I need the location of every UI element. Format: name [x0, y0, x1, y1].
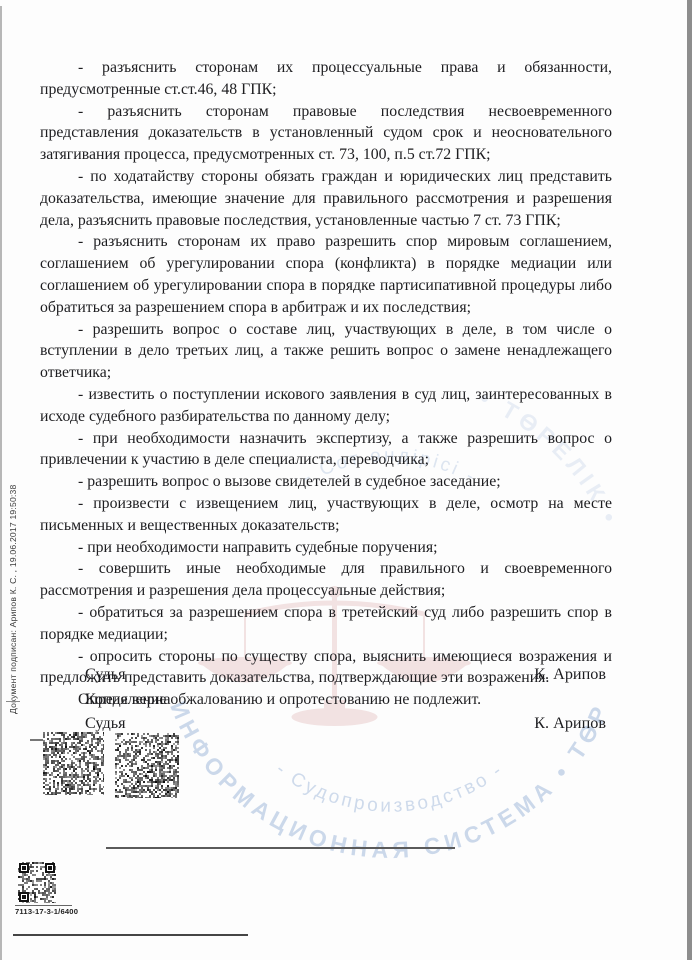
footer-separator-line: [106, 847, 455, 849]
side-note-end-tick: [6, 701, 20, 702]
signature-row: Судья К. Арипов: [85, 662, 606, 687]
body-paragraph: - произвести с извещением лиц, участвующ…: [40, 493, 612, 537]
verification-qr-stamp-1: [43, 732, 104, 795]
signature-row: Судья К. Арипов: [85, 711, 606, 736]
signature-role-label: Судья: [85, 662, 126, 687]
body-paragraph: - разрешить вопрос о составе лиц, участв…: [40, 319, 612, 384]
judge-name: К. Арипов: [534, 662, 606, 687]
bottom-separator-line: [13, 934, 248, 936]
body-paragraph: - по ходатайству стороны обязать граждан…: [40, 166, 612, 231]
body-paragraph: - разъяснить сторонам правовые последств…: [40, 101, 612, 166]
page-scan-left-edge: [0, 6, 2, 960]
body-paragraph: - разъяснить сторонам их право разрешить…: [40, 231, 612, 318]
body-paragraph: - обратиться за разрешением спора в трет…: [40, 602, 612, 646]
signature-row: Копия верна: [85, 687, 606, 712]
verification-qr-stamp-2: [115, 733, 179, 798]
body-paragraph: - совершить иные необходимые для правиль…: [40, 558, 612, 602]
body-paragraph: - разрешить вопрос о вызове свидетелей в…: [40, 471, 612, 493]
document-body: - разъяснить сторонам их процессуальные …: [40, 57, 612, 711]
body-paragraph: - разъяснить сторонам их процессуальные …: [40, 57, 612, 101]
signature-role-label: Копия верна: [85, 687, 171, 712]
registry-number: 7113-17-3-1/6400: [15, 907, 78, 916]
body-paragraph: - при необходимости назначить экспертизу…: [40, 428, 612, 472]
registry-qr-stamp: [18, 862, 56, 903]
margin-tick: [30, 739, 43, 741]
registry-number-rule: [15, 905, 72, 906]
digital-signature-side-note: Документ подписан: Арипов К. С. , 19.06.…: [8, 492, 24, 714]
body-paragraph: - известить о поступлении искового заявл…: [40, 384, 612, 428]
body-paragraph: - при необходимости направить судебные п…: [40, 537, 612, 559]
page-scan-right-edge: [687, 0, 692, 960]
signature-block: Судья К. Арипов Копия верна Судья К. Ари…: [85, 662, 606, 736]
watermark-inner-ring-text: - Судопроизводство -: [272, 759, 508, 817]
scanned-court-document-page: ИНФОРМАЦИОННАЯ СИСТЕМА • ТӨРЕ • ТӨРЕЛІК …: [0, 0, 692, 960]
judge-name: К. Арипов: [534, 711, 606, 736]
